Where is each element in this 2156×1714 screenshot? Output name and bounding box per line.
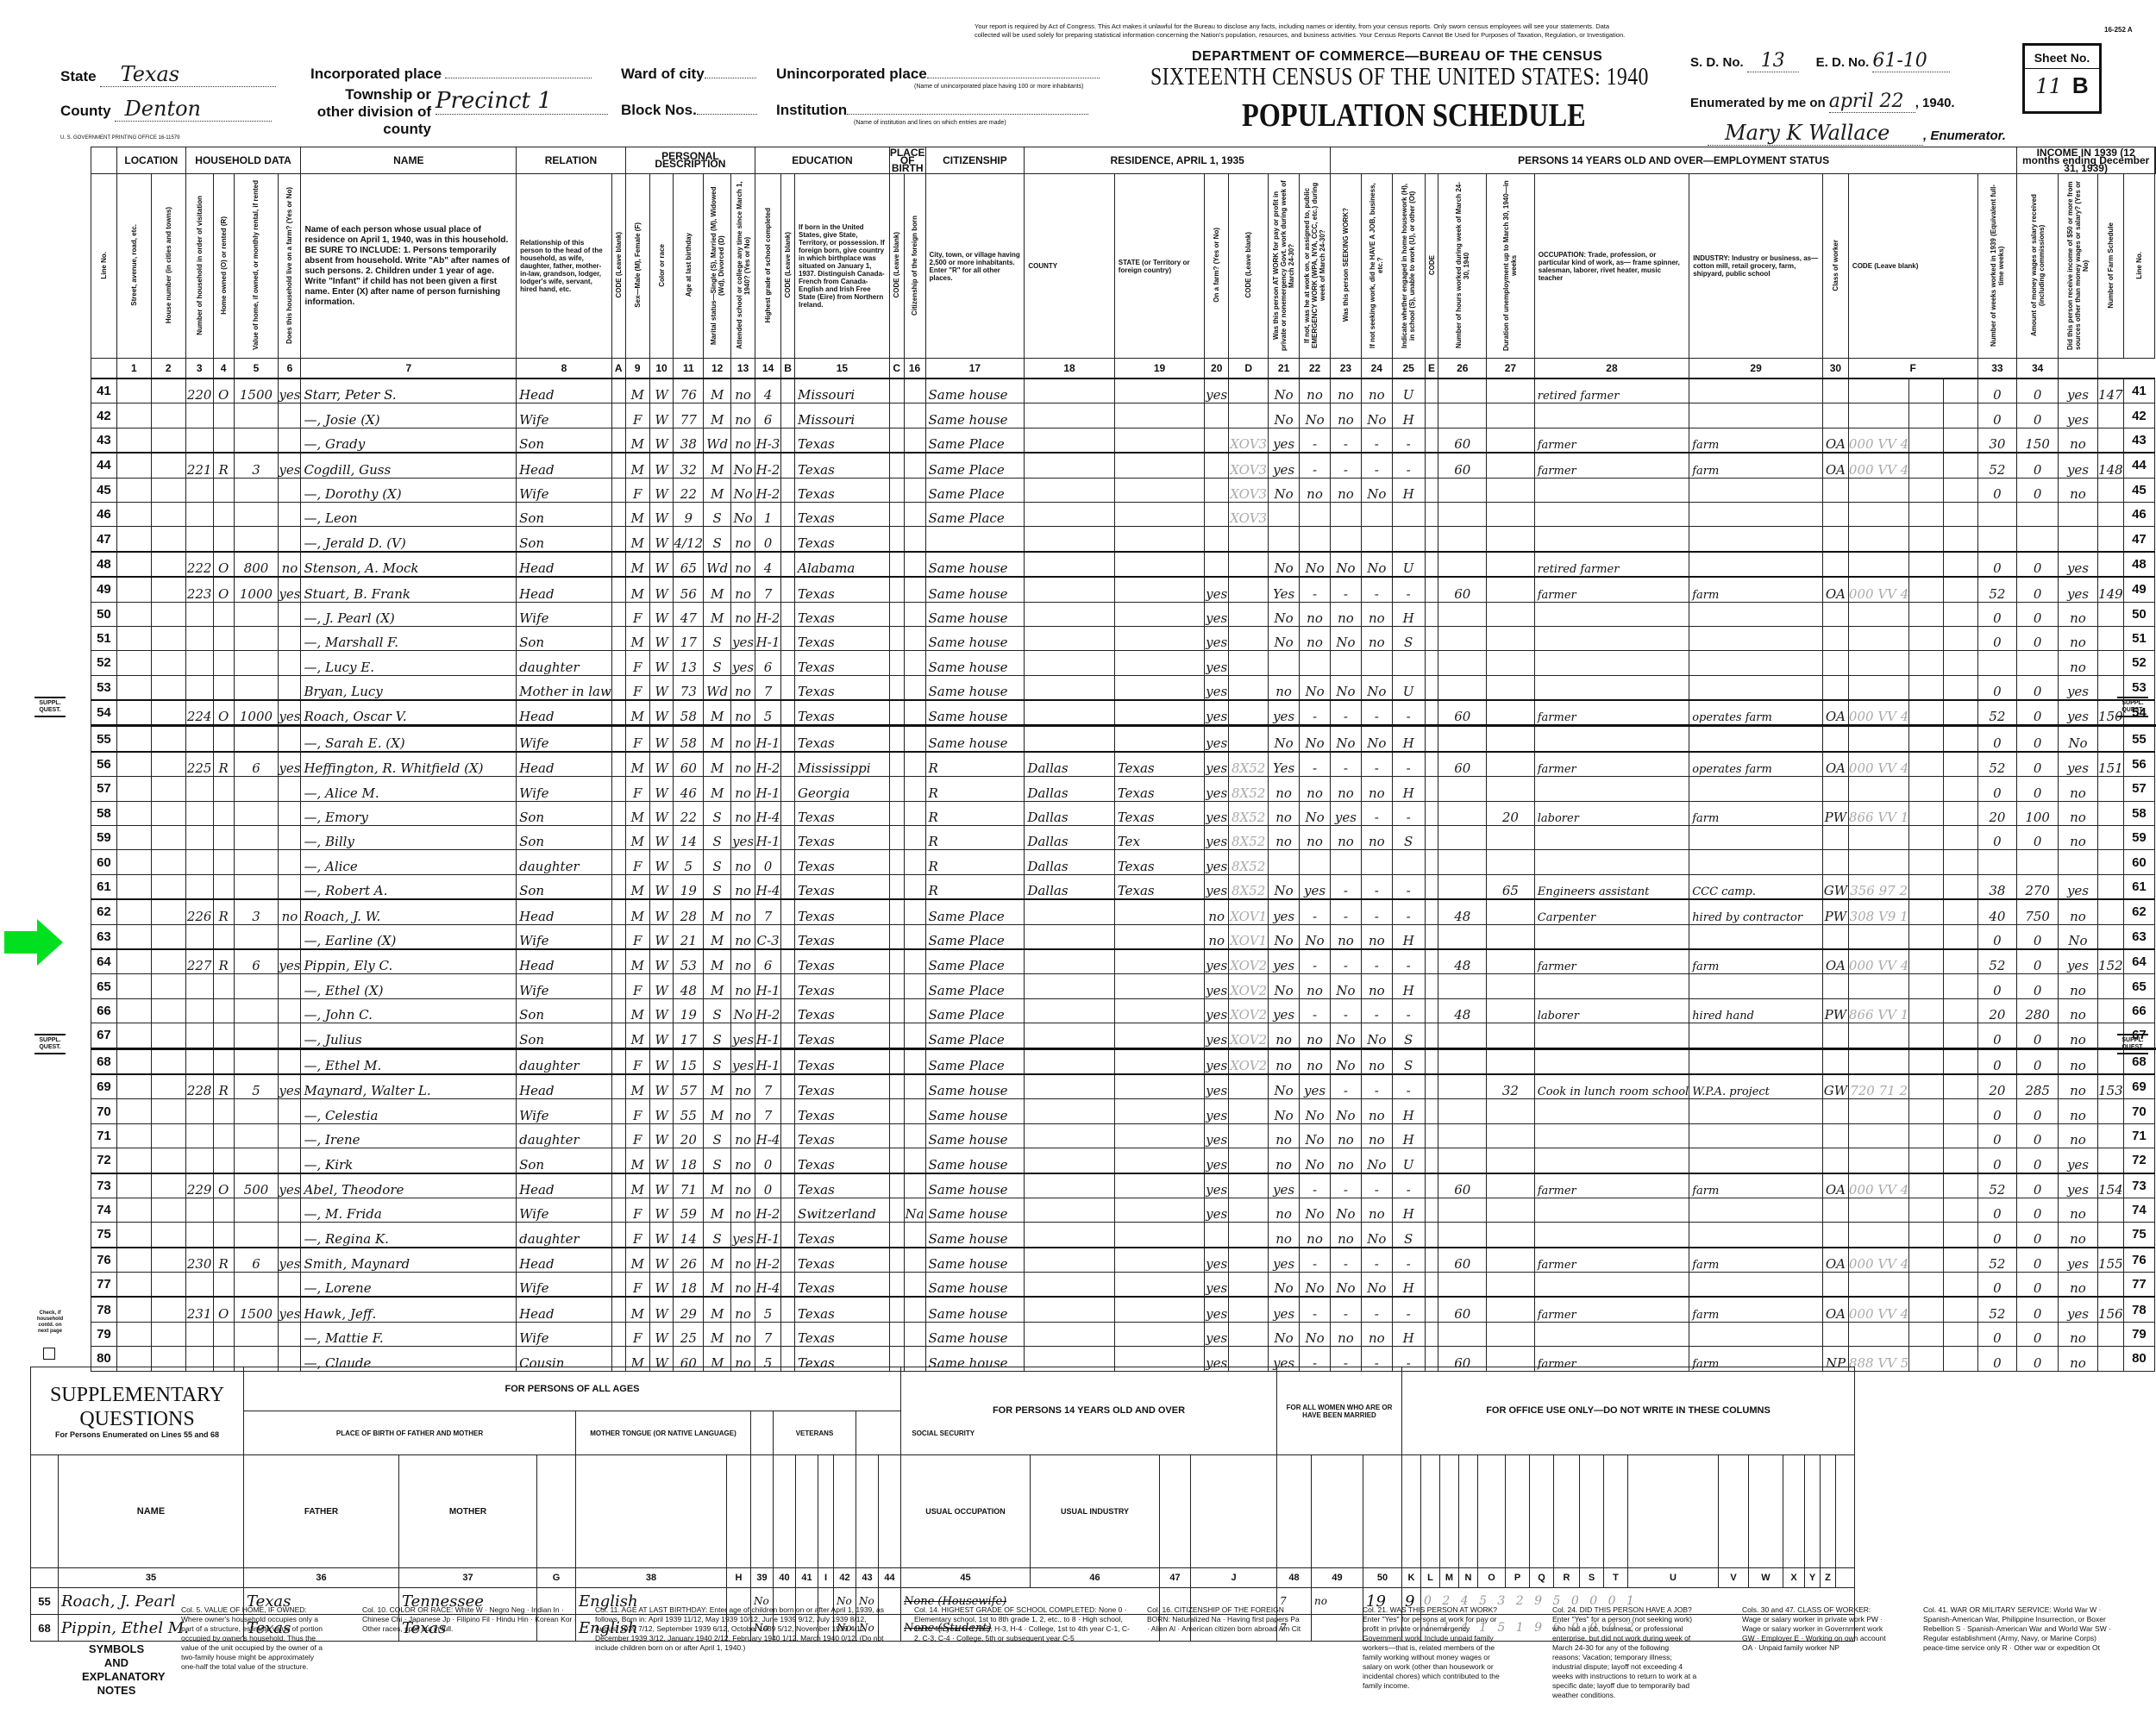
cell-blank: [116, 552, 151, 577]
table-row: 72—, KirkSonMW18Sno0TexasSame houseyesno…: [91, 1148, 2156, 1173]
cell-c23: [1330, 651, 1361, 675]
cell-wk: 0: [1977, 602, 2017, 626]
cell-oth: no: [2059, 801, 2098, 825]
cell-line: 55: [2123, 726, 2154, 752]
cell-blank: [1909, 801, 1944, 825]
cell-c24: No: [1361, 726, 1392, 752]
cell-rel: Head: [517, 1074, 612, 1099]
cell-blank: [781, 1148, 795, 1173]
cell-fs: [2097, 924, 2123, 949]
cell-sch: no: [731, 949, 755, 974]
cell-blank: [1425, 1099, 1438, 1123]
cell-line: 53: [91, 675, 117, 700]
cell-blank: [1943, 1273, 1977, 1298]
table-row: 55—, Sarah E. (X)WifeFW58MnoH-1TexasSame…: [91, 726, 2156, 752]
cell-sex: F: [625, 1198, 649, 1222]
cell-rcounty: [1025, 1248, 1114, 1273]
cell-mar: S: [704, 998, 731, 1023]
cell-wk: 38: [1977, 874, 2017, 899]
father-heading: FATHER: [244, 1455, 399, 1568]
cell-rel: Head: [517, 700, 612, 726]
cell-rstate: [1114, 998, 1204, 1023]
cell-c21: No: [1269, 1099, 1300, 1123]
cell-bp: Texas: [795, 428, 890, 453]
cell-blank: [781, 850, 795, 874]
cell-farm: [279, 1048, 301, 1074]
table-row: 50—, J. Pearl (X)WifeFW47MnoH-2TexasSame…: [91, 602, 2156, 626]
cell-bp: Texas: [795, 453, 890, 478]
cell-value: [234, 998, 279, 1023]
cell-oth: no: [2059, 1123, 2098, 1148]
cell-wk: 0: [1977, 378, 2017, 403]
cell-c24: -: [1361, 1074, 1392, 1099]
cell-blank: [1425, 1297, 1438, 1322]
cell-c22: -: [1300, 899, 1331, 924]
column-header-line: Line No.: [91, 174, 117, 359]
cell-line: 78: [2123, 1297, 2154, 1322]
all-ages-heading: FOR PERSONS OF ALL AGES: [244, 1367, 901, 1411]
cell-c22: no: [1300, 1223, 1331, 1248]
cell-c25: -: [1392, 998, 1425, 1023]
cell-rcounty: [1025, 974, 1114, 998]
continued-checkbox[interactable]: [43, 1348, 55, 1360]
cell-blank: [116, 453, 151, 478]
cell-rfarm: yes: [1205, 675, 1229, 700]
cell-sch: no: [731, 777, 755, 801]
cell-grade: 4: [755, 552, 781, 577]
cell-wage: 0: [2017, 1198, 2059, 1222]
cell-occ: [1534, 1148, 1689, 1173]
cell-c24: -: [1361, 700, 1392, 726]
cell-wage: 0: [2017, 1273, 2059, 1298]
cell-sch: no: [731, 1273, 755, 1298]
cell-c26: [1438, 777, 1487, 801]
cell-c24: -: [1361, 453, 1392, 478]
cell-rel: Son: [517, 874, 612, 899]
cell-bp: Texas: [795, 1148, 890, 1173]
cell-value: 6: [234, 752, 279, 777]
cell-name: —, Josie (X): [301, 403, 517, 428]
cell-c22: -: [1300, 700, 1331, 726]
cell-blank: [1909, 1123, 1944, 1148]
cell-cd: [1229, 602, 1269, 626]
cell-blank: [1909, 850, 1944, 874]
cell-blank: [116, 899, 151, 924]
cell-oth: no: [2059, 1223, 2098, 1248]
cell-c23: no: [1330, 1123, 1361, 1148]
cell-cf: 888 VV 5: [1848, 1347, 1908, 1371]
column-header-farm_schedule: Number of Farm Schedule: [2097, 174, 2123, 359]
cell-line: 58: [2123, 801, 2154, 825]
cell-blank: [151, 1248, 185, 1273]
cell-rcounty: Dallas: [1025, 874, 1114, 899]
cell-rel: daughter: [517, 1048, 612, 1074]
cell-rcounty: [1025, 949, 1114, 974]
township-value: Precinct 1: [436, 88, 608, 115]
cell-wage: 0: [2017, 602, 2059, 626]
note-col14: Col. 14. HIGHEST GRADE OF SCHOOL COMPLET…: [914, 1605, 1130, 1643]
cell-c23: [1330, 502, 1361, 526]
cell-wage: 0: [2017, 453, 2059, 478]
cell-rcounty: [1025, 1173, 1114, 1198]
supp-column-number: G: [537, 1568, 576, 1588]
cell-value: 3: [234, 453, 279, 478]
cell-c24: No: [1361, 403, 1392, 428]
suppl-quest-tag-68-right: SUPPL. QUEST.: [2117, 1034, 2148, 1054]
cell-mar: S: [704, 850, 731, 874]
cell-blank: [781, 998, 795, 1023]
cell-line: 75: [91, 1223, 117, 1248]
cell-blank: [781, 1273, 795, 1298]
cell-c25: -: [1392, 1074, 1425, 1099]
cell-c21: No: [1269, 974, 1300, 998]
supplementary-title: SUPPLEMENTARY QUESTIONS: [31, 1383, 243, 1431]
cell-name: —, Leon: [301, 502, 517, 526]
cell-c24: No: [1361, 478, 1392, 502]
cell-bp: Texas: [795, 1322, 890, 1346]
cell-blank: [1909, 899, 1944, 924]
cell-blank: [611, 752, 625, 777]
cell-name: —, Ethel M.: [301, 1048, 517, 1074]
cell-wk: 0: [1977, 826, 2017, 850]
cell-blank: [1909, 502, 1944, 526]
cell-rfarm: [1205, 453, 1229, 478]
cell-res: Same house: [925, 1148, 1025, 1173]
cell-cf: [1848, 552, 1908, 577]
cell-blank: [781, 1123, 795, 1148]
cell-blank: [611, 777, 625, 801]
cell-blank: [1943, 700, 1977, 726]
column-number: 1: [116, 359, 151, 379]
cell-rstate: [1114, 1099, 1204, 1123]
column-header-race: Color or race: [649, 174, 674, 359]
cell-race: W: [649, 949, 674, 974]
cell-sex: F: [625, 850, 649, 874]
cell-cf: 000 VV 4: [1848, 1297, 1908, 1322]
cell-grade: H-1: [755, 826, 781, 850]
cell-line: 46: [91, 502, 117, 526]
cell-line: 59: [91, 826, 117, 850]
cell-name: —, Alice M.: [301, 777, 517, 801]
cell-blank: [781, 552, 795, 577]
cell-cls: [1822, 502, 1848, 526]
cell-c21: [1269, 850, 1300, 874]
cell-line: 47: [91, 527, 117, 552]
cell-blank: [1943, 428, 1977, 453]
cell-blank: [1909, 428, 1944, 453]
cell-c27: [1487, 527, 1535, 552]
cell-mar: M: [704, 577, 731, 602]
cell-rfarm: yes: [1205, 1123, 1229, 1148]
cell-blank: [889, 1023, 904, 1048]
cell-name: Abel, Theodore: [301, 1173, 517, 1198]
cell-c24: No: [1361, 1273, 1392, 1298]
cell-blank: [611, 453, 625, 478]
cell-value: [234, 403, 279, 428]
cell-line: 55: [91, 726, 117, 752]
cell-mar: S: [704, 1048, 731, 1074]
cell-cit: [904, 453, 925, 478]
cell-res: Same house: [925, 626, 1025, 650]
cell-line: 44: [2123, 453, 2154, 478]
cell-visit: [185, 602, 213, 626]
cell-cit: [904, 1074, 925, 1099]
cell-occ: [1534, 1048, 1689, 1074]
cell-race: W: [649, 527, 674, 552]
cell-blank: [1909, 1297, 1944, 1322]
cell-sch: yes: [731, 1223, 755, 1248]
column-number: 22: [1300, 359, 1331, 379]
cell-blank: [116, 850, 151, 874]
cell-sch: no: [731, 378, 755, 403]
cell-ind: farm: [1689, 801, 1823, 825]
cell-cit: [904, 552, 925, 577]
cell-c24: No: [1361, 1023, 1392, 1048]
pob-parents-heading: PLACE OF BIRTH OF FATHER AND MOTHER: [244, 1411, 576, 1455]
cell-ind: farm: [1689, 428, 1823, 453]
cell-c21: [1269, 651, 1300, 675]
cell-rstate: [1114, 502, 1204, 526]
cell-blank: [151, 998, 185, 1023]
cell-sex: F: [625, 651, 649, 675]
cell-mar: M: [704, 1322, 731, 1346]
cell-blank: [889, 826, 904, 850]
cell-line: 73: [91, 1173, 117, 1198]
cell-blank: [1425, 801, 1438, 825]
cell-c25: S: [1392, 1223, 1425, 1248]
column-number: [91, 359, 117, 379]
cell-c26: [1438, 826, 1487, 850]
cell-race: W: [649, 726, 674, 752]
cell-value: [234, 1198, 279, 1222]
cell-c23: -: [1330, 1248, 1361, 1273]
cell-cit: [904, 850, 925, 874]
cell-occ: [1534, 478, 1689, 502]
sheet-number-box: Sheet No. 11 B: [2022, 43, 2102, 114]
cell-blank: [781, 527, 795, 552]
column-number: 9: [625, 359, 649, 379]
cell-cf: [1848, 974, 1908, 998]
cell-blank: [781, 1322, 795, 1346]
cell-c24: -: [1361, 801, 1392, 825]
cell-race: W: [649, 1273, 674, 1298]
cell-sex: M: [625, 801, 649, 825]
cell-c25: H: [1392, 602, 1425, 626]
cell-visit: [185, 403, 213, 428]
cell-wage: 280: [2017, 998, 2059, 1023]
cell-race: W: [649, 577, 674, 602]
cell-ind: [1689, 1223, 1823, 1248]
cell-blank: [151, 899, 185, 924]
cell-c27: [1487, 1273, 1535, 1298]
cell-cf: [1848, 378, 1908, 403]
cell-line: 48: [91, 552, 117, 577]
cell-oth: yes: [2059, 949, 2098, 974]
cell-rfarm: [1205, 428, 1229, 453]
cell-mar: S: [704, 527, 731, 552]
cell-sex: F: [625, 974, 649, 998]
cell-rstate: [1114, 1148, 1204, 1173]
cell-c27: [1487, 924, 1535, 949]
cell-blank: [611, 626, 625, 650]
cell-blank: [151, 428, 185, 453]
cell-line: 63: [2123, 924, 2154, 949]
cell-fs: [2097, 998, 2123, 1023]
cell-line: 74: [2123, 1198, 2154, 1222]
cell-line: 78: [91, 1297, 117, 1322]
cell-visit: 223: [185, 577, 213, 602]
cell-name: Pippin, Ely C.: [301, 949, 517, 974]
cell-rfarm: yes: [1205, 1297, 1229, 1322]
supp-cell-married_more: [1312, 1615, 1363, 1642]
cell-sex: F: [625, 675, 649, 700]
cell-rfarm: yes: [1205, 998, 1229, 1023]
cell-bp: Texas: [795, 675, 890, 700]
cell-farm: [279, 675, 301, 700]
cell-wage: 0: [2017, 949, 2059, 974]
cell-blank: [151, 602, 185, 626]
cell-farm: [279, 1023, 301, 1048]
cell-race: W: [649, 1023, 674, 1048]
cell-value: 500: [234, 1173, 279, 1198]
column-number: 30: [1822, 359, 1848, 379]
cell-age: 48: [674, 974, 704, 998]
supp-column-number: 39: [751, 1568, 774, 1588]
cell-rcounty: [1025, 453, 1114, 478]
cell-fs: [2097, 403, 2123, 428]
cell-name: —, Marshall F.: [301, 626, 517, 650]
cell-race: W: [649, 1048, 674, 1074]
cell-farm: [279, 602, 301, 626]
cell-blank: [1943, 826, 1977, 850]
cell-c27: [1487, 552, 1535, 577]
cell-rfarm: yes: [1205, 700, 1229, 726]
cell-res: Same Place: [925, 502, 1025, 526]
column-header-code_d: CODE (Leave blank): [1229, 174, 1269, 359]
cell-c26: 60: [1438, 700, 1487, 726]
table-row: 46—, LeonSonMW9SNo1TexasSame PlaceXOV346: [91, 502, 2156, 526]
cell-blank: [781, 1223, 795, 1248]
cell-grade: 7: [755, 1322, 781, 1346]
cell-name: Maynard, Walter L.: [301, 1074, 517, 1099]
cell-grade: H-2: [755, 1198, 781, 1222]
column-number: 34: [2017, 359, 2059, 379]
column-header-age: Age at last birthday: [674, 174, 704, 359]
cell-value: [234, 1273, 279, 1298]
cell-fs: [2097, 801, 2123, 825]
cell-bp: Texas: [795, 874, 890, 899]
cell-rstate: [1114, 453, 1204, 478]
cell-grade: H-4: [755, 801, 781, 825]
cell-race: W: [649, 899, 674, 924]
enumerator-signature: Mary K Wallace: [1708, 121, 1923, 146]
cell-cd: [1229, 1297, 1269, 1322]
table-row: 61—, Robert A.SonMW19SnoH-4TexasRDallasT…: [91, 874, 2156, 899]
cell-sex: M: [625, 949, 649, 974]
cell-blank: [889, 801, 904, 825]
cell-blank: [611, 700, 625, 726]
cell-blank: [611, 502, 625, 526]
cell-age: 55: [674, 1099, 704, 1123]
cell-rfarm: no: [1205, 924, 1229, 949]
cell-blank: [1943, 552, 1977, 577]
cell-rcounty: [1025, 1273, 1114, 1298]
ed-number: 61-10: [1872, 50, 1950, 72]
cell-line: 58: [91, 801, 117, 825]
cell-ind: farm: [1689, 577, 1823, 602]
sheet-side: B: [2072, 72, 2089, 98]
cell-c26: [1438, 527, 1487, 552]
cell-visit: [185, 1148, 213, 1173]
cell-name: —, Lorene: [301, 1273, 517, 1298]
cell-blank: [611, 428, 625, 453]
cell-oth: no: [2059, 602, 2098, 626]
cell-blank: [1425, 1023, 1438, 1048]
column-number: 28: [1534, 359, 1689, 379]
cell-occ: [1534, 1198, 1689, 1222]
cell-wk: 0: [1977, 1347, 2017, 1371]
cell-line: 45: [2123, 478, 2154, 502]
cell-mar: Wd: [704, 428, 731, 453]
incorporated-place-field: Incorporated place: [310, 66, 592, 83]
cell-wk: 0: [1977, 1123, 2017, 1148]
note-col10: Col. 10. COLOR OR RACE: White W · Negro …: [362, 1605, 578, 1634]
table-row: 51—, Marshall F.SonMW17SyesH-1TexasSame …: [91, 626, 2156, 650]
cell-blank: [611, 974, 625, 998]
cell-c26: 48: [1438, 949, 1487, 974]
cell-c21: no: [1269, 1223, 1300, 1248]
column-header-class: Class of worker: [1822, 174, 1848, 359]
cell-c22: -: [1300, 1173, 1331, 1198]
cell-blank: [1425, 626, 1438, 650]
cell-c24: no: [1361, 1048, 1392, 1074]
cell-c23: -: [1330, 998, 1361, 1023]
cell-blank: [116, 1123, 151, 1148]
cell-cf: [1848, 1198, 1908, 1222]
cell-c21: No: [1269, 1322, 1300, 1346]
department-title: DEPARTMENT OF COMMERCE—BUREAU OF THE CEN…: [1192, 49, 1602, 65]
cell-own: [213, 651, 234, 675]
cell-occ: [1534, 726, 1689, 752]
cell-rel: Head: [517, 1297, 612, 1322]
cell-cf: 720 71 2: [1848, 1074, 1908, 1099]
cell-c24: no: [1361, 1322, 1392, 1346]
cell-wage: 150: [2017, 428, 2059, 453]
cell-value: [234, 602, 279, 626]
column-group-1: HOUSEHOLD DATA: [185, 147, 301, 174]
table-row: 53Bryan, LucyMother in lawFW73Wdno7Texas…: [91, 675, 2156, 700]
cell-blank: [889, 726, 904, 752]
supplementary-subtitle: For Persons Enumerated on Lines 55 and 6…: [31, 1431, 243, 1439]
cell-name: —, Alice: [301, 850, 517, 874]
cell-blank: [1943, 453, 1977, 478]
cell-rstate: [1114, 675, 1204, 700]
cell-c21: No: [1269, 602, 1300, 626]
cell-blank: [1943, 1048, 1977, 1074]
cell-race: W: [649, 777, 674, 801]
cell-blank: [889, 478, 904, 502]
cell-cls: [1822, 924, 1848, 949]
table-row: 49223O1000yesStuart, B. FrankHeadMW56Mno…: [91, 577, 2156, 602]
cell-value: [234, 428, 279, 453]
cell-c25: H: [1392, 1198, 1425, 1222]
cell-occ: retired farmer: [1534, 378, 1689, 403]
cell-line: 48: [2123, 552, 2154, 577]
cell-blank: [889, 700, 904, 726]
cell-cd: [1229, 1099, 1269, 1123]
cell-blank: [1943, 850, 1977, 874]
cell-c21: yes: [1269, 700, 1300, 726]
